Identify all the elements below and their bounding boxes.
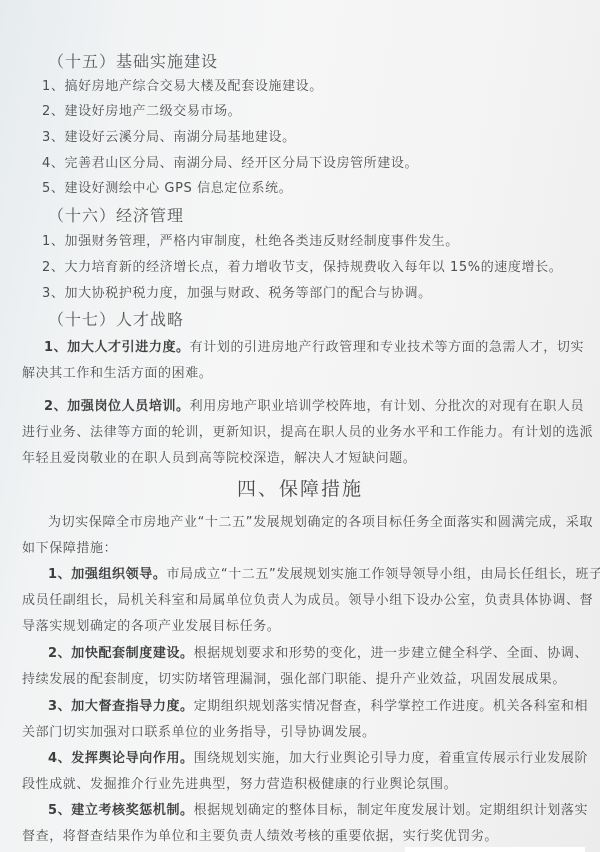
part-4-title: 四、保障措施 bbox=[0, 478, 600, 500]
part-4-intro-line-2: 如下保障措施： bbox=[22, 541, 117, 557]
section-17-item-2-line-2: 进行业务、法律等方面的轮训，更新知识，提高在职人员的业务水平和工作能力。有计划的… bbox=[22, 425, 582, 441]
section-15-item-5: 5、建设好测绘中心 GPS 信息定位系统。 bbox=[42, 181, 292, 197]
part-4-intro-line-1: 为切实保障全市房地产业“十二五”发展规划确定的各项目标任务全面落实和圆满完成，采… bbox=[22, 515, 582, 531]
part-4-item-1-text: 市局成立“十二五”发展规划实施工作领导领导小组，由局长任组长，班子 bbox=[166, 567, 600, 582]
section-15-item-3: 3、建设好云溪分局、南湖分局基地建设。 bbox=[42, 130, 296, 146]
part-4-item-1-line-3: 导落实规划确定的各项产业发展目标任务。 bbox=[22, 619, 280, 635]
part-4-item-3-line-1: 3、加大督查指导力度。定期组织规划落实情况督查，科学掌控工作进度。机关各科室和相 bbox=[22, 699, 582, 715]
part-4-item-4-line-1: 4、发挥舆论导向作用。围绕规划实施，加大行业舆论引导力度，着重宣传展示行业发展阶 bbox=[22, 751, 582, 767]
section-17-item-2-line-1: 2、加强岗位人员培训。利用房地产职业培训学校阵地，有计划、分批次的对现有在职人员 bbox=[22, 399, 582, 415]
part-4-item-3-title: 3、加大督查指导力度。 bbox=[22, 699, 194, 714]
section-15-item-4: 4、完善君山区分局、南湖分局、经开区分局下设房管所建设。 bbox=[42, 156, 418, 172]
section-17-item-1-title: 1、加大人才引进力度。 bbox=[22, 340, 190, 355]
part-4-item-2-text: 根据规划要求和形势的变化，进一步建立健全科学、全面、协调、 bbox=[194, 646, 588, 661]
part-4-item-2-title: 2、加快配套制度建设。 bbox=[22, 646, 194, 661]
section-16-item-1: 1、加强财务管理，严格内审制度，杜绝各类违反财经制度事件发生。 bbox=[42, 234, 459, 250]
part-4-intro-text: 为切实保障全市房地产业“十二五”发展规划确定的各项目标任务全面落实和圆满完成，采… bbox=[22, 515, 593, 530]
part-4-item-1-title: 1、加强组织领导。 bbox=[22, 567, 166, 582]
part-4-item-3-line-2: 关部门切实加强对口联系单位的业务指导，引导协调发展。 bbox=[22, 725, 376, 741]
section-15-item-1: 1、搞好房地产综合交易大楼及配套设施建设。 bbox=[42, 79, 323, 95]
part-4-item-5-line-2: 督查，将督查结果作为单位和主要负责人绩效考核的重要依据，实行奖优罚劣。 bbox=[22, 829, 498, 845]
section-16-item-3: 3、加大协税护税力度，加强与财政、税务等部门的配合与协调。 bbox=[42, 286, 432, 302]
part-4-item-5-text: 根据规划确定的整体目标，制定年度发展计划。定期组织计划落实 bbox=[194, 803, 588, 818]
part-4-item-5-line-1: 5、建立考核奖惩机制。根据规划确定的整体目标，制定年度发展计划。定期组织计划落实 bbox=[22, 803, 582, 819]
part-4-item-3-text: 定期组织规划落实情况督查，科学掌控工作进度。机关各科室和相 bbox=[194, 699, 588, 714]
part-4-item-5-title: 5、建立考核奖惩机制。 bbox=[22, 803, 194, 818]
section-15-heading: （十五）基础实施建设 bbox=[48, 52, 218, 72]
part-4-item-1-line-1: 1、加强组织领导。市局成立“十二五”发展规划实施工作领导领导小组，由局长任组长，… bbox=[22, 567, 582, 583]
part-4-item-4-title: 4、发挥舆论导向作用。 bbox=[22, 751, 194, 766]
part-4-item-4-line-2: 段性成就、发掘推介行业先进典型，努力营造积极健康的行业舆论氛围。 bbox=[22, 777, 457, 793]
part-4-item-4-text: 围绕规划实施，加大行业舆论引导力度，着重宣传展示行业发展阶 bbox=[194, 751, 588, 766]
section-17-item-2-title: 2、加强岗位人员培训。 bbox=[22, 399, 190, 414]
section-17-item-1-text: 有计划的引进房地产行政管理和专业技术等方面的急需人才，切实 bbox=[190, 340, 584, 355]
section-16-item-2: 2、大力培育新的经济增长点，着力增收节支，保持规费收入每年以 15%的速度增长。 bbox=[42, 260, 562, 276]
scan-artifact bbox=[405, 847, 585, 852]
section-17-item-1-line-1: 1、加大人才引进力度。有计划的引进房地产行政管理和专业技术等方面的急需人才，切实 bbox=[22, 340, 582, 356]
section-16-heading: （十六）经济管理 bbox=[48, 206, 184, 226]
part-4-item-2-line-1: 2、加快配套制度建设。根据规划要求和形势的变化，进一步建立健全科学、全面、协调、 bbox=[22, 646, 582, 662]
section-15-item-2: 2、建设好房地产二级交易市场。 bbox=[42, 104, 241, 120]
part-4-item-1-line-2: 成员任副组长，局机关科室和局属单位负责人为成员。领导小组下设办公室，负责具体协调… bbox=[22, 593, 582, 609]
section-17-item-2-line-3: 年轻且爱岗敬业的在职人员到高等院校深造，解决人才短缺问题。 bbox=[22, 451, 416, 467]
section-17-item-1-line-2: 解决其工作和生活方面的困难。 bbox=[22, 366, 212, 382]
section-17-heading: （十七）人才战略 bbox=[48, 310, 184, 330]
document-page: （十五）基础实施建设 1、搞好房地产综合交易大楼及配套设施建设。 2、建设好房地… bbox=[0, 0, 600, 852]
part-4-item-2-line-2: 持续发展的配套制度，切实防堵管理漏洞，强化部门职能、提升产业效益，巩固发展成果。 bbox=[22, 672, 566, 688]
section-17-item-2-text: 利用房地产职业培训学校阵地，有计划、分批次的对现有在职人员 bbox=[190, 399, 584, 414]
